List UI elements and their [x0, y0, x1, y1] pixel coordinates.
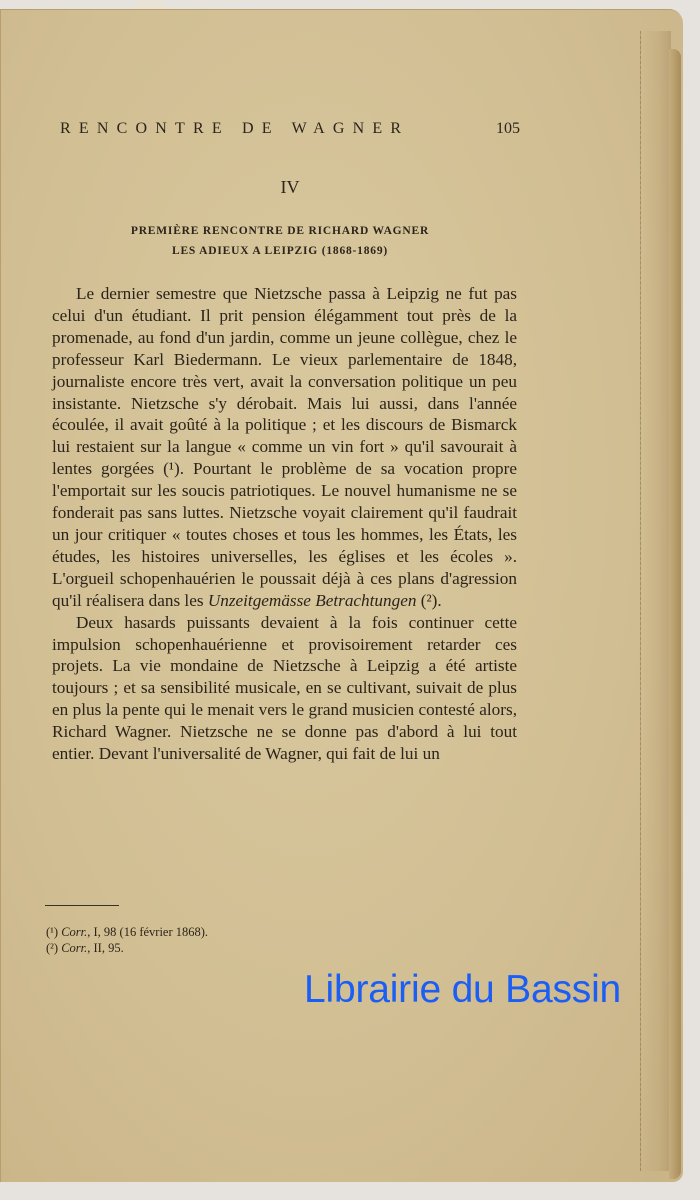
page-edge-shadow — [640, 31, 671, 1171]
running-head-title: RENCONTRE DE WAGNER — [60, 120, 409, 138]
footnote-divider — [45, 905, 119, 906]
footnotes: (¹) Corr., I, 98 (16 février 1868). (²) … — [46, 925, 208, 956]
chapter-subtitle-line1: PREMIÈRE RENCONTRE DE RICHARD WAGNER — [100, 225, 460, 237]
chapter-subtitle-line2: LES ADIEUX A LEIPZIG (1868-1869) — [100, 245, 460, 257]
page-edge-deckle — [669, 49, 681, 1179]
italic-title: Unzeitgemässe Betrachtungen — [208, 591, 417, 610]
footnote-2: (²) Corr., II, 95. — [46, 941, 208, 957]
footnote-1: (¹) Corr., I, 98 (16 février 1868). — [46, 925, 208, 941]
page-number: 105 — [496, 120, 520, 138]
body-text: Le dernier semestre que Nietzsche passa … — [52, 283, 517, 765]
running-head: RENCONTRE DE WAGNER 105 — [60, 120, 520, 138]
paragraph-1: Le dernier semestre que Nietzsche passa … — [52, 283, 517, 612]
chapter-number: IV — [0, 177, 570, 198]
footnote-ref-2: (²) — [416, 591, 437, 610]
footnote-ref-1: (¹) — [163, 459, 180, 478]
watermark-text: Librairie du Bassin — [304, 968, 621, 1012]
paragraph-2: Deux hasards puissants devaient à la foi… — [52, 612, 517, 765]
